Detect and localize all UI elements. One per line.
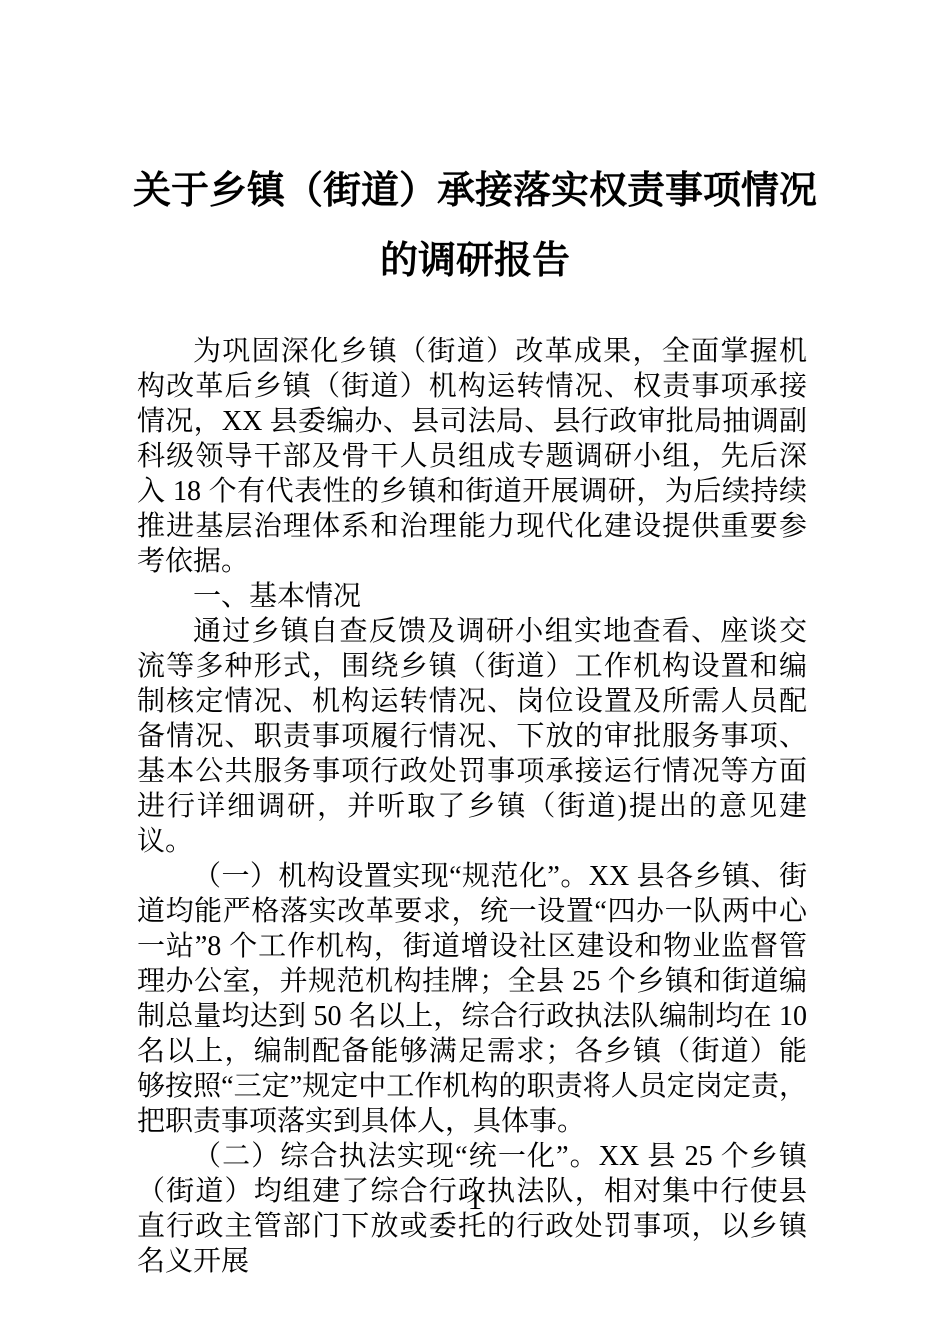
survey-methods-paragraph: 通过乡镇自查反馈及调研小组实地查看、座谈交流等多种形式，围绕乡镇（街道）工作机构…: [137, 614, 807, 859]
intro-paragraph: 为巩固深化乡镇（街道）改革成果，全面掌握机构改革后乡镇（街道）机构运转情况、权责…: [137, 334, 807, 579]
page-number: 1: [0, 1184, 950, 1217]
document-body: 为巩固深化乡镇（街道）改革成果，全面掌握机构改革后乡镇（街道）机构运转情况、权责…: [137, 334, 807, 1279]
report-title-line-2: 的调研报告: [0, 226, 950, 296]
section-heading-basic-situation: 一、基本情况: [137, 579, 807, 614]
document-page: 关于乡镇（街道）承接落实权责事项情况 的调研报告 为巩固深化乡镇（街道）改革成果…: [0, 0, 950, 1344]
item-1-institution-setup-paragraph: （一）机构设置实现“规范化”。XX 县各乡镇、街道均能严格落实改革要求，统一设置…: [137, 859, 807, 1139]
report-title-line-1: 关于乡镇（街道）承接落实权责事项情况: [0, 156, 950, 226]
report-title: 关于乡镇（街道）承接落实权责事项情况 的调研报告: [0, 156, 950, 296]
